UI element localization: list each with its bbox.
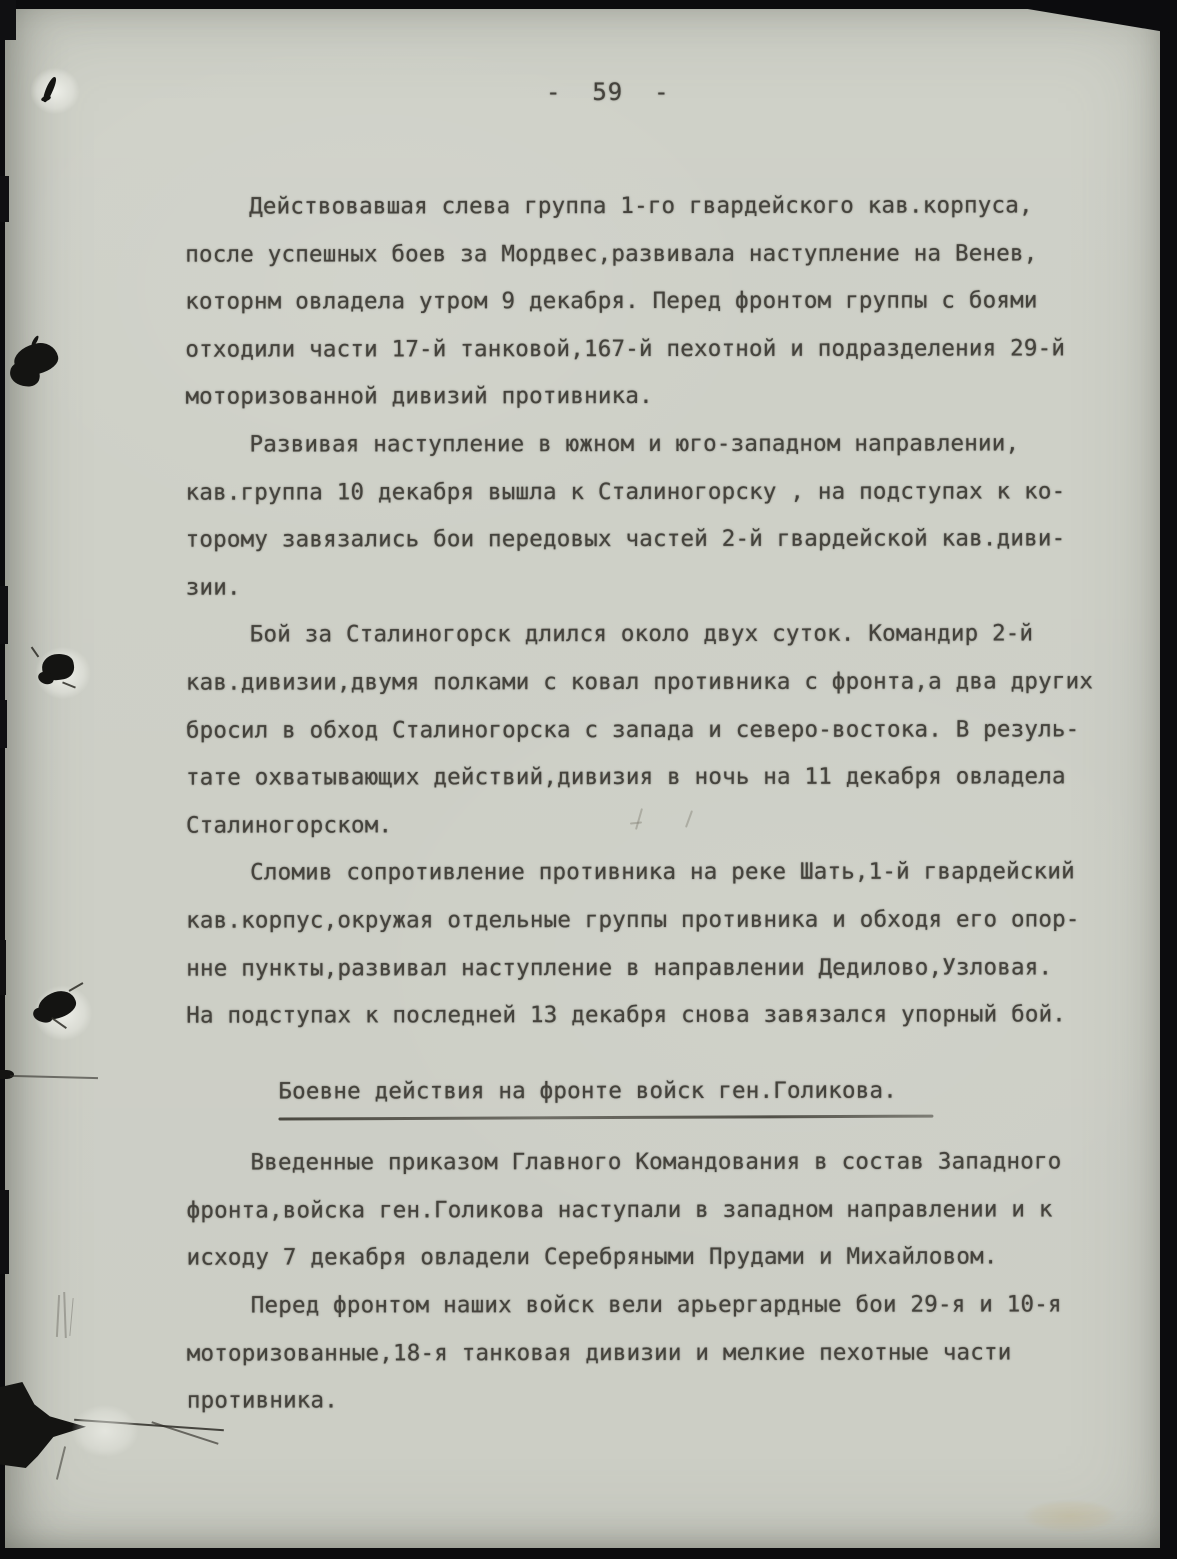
text-block: Действовавшая слева группа 1-го гвардейс… — [185, 182, 1107, 1425]
text-line: На подступах к последней 13 декабря снов… — [186, 991, 1106, 1040]
text-line: нне пункты,развивал наступление в направ… — [186, 944, 1106, 993]
text-line: моторизованные,18-я танковая дивизии и м… — [187, 1329, 1107, 1378]
text-line: кав.корпус,окружая отдельные группы прот… — [186, 896, 1106, 945]
text-line: Сталиногорском. — [186, 801, 1106, 850]
text-line: зии. — [186, 563, 1106, 612]
text-line: тате охватывающих действий,дивизия в ноч… — [186, 753, 1106, 802]
scan-edge-fragment — [0, 0, 16, 40]
paper-stain — [1010, 1495, 1130, 1537]
scan-edge-fragment — [0, 1190, 9, 1274]
text-line: фронта,войска ген.Голикова наступали в з… — [187, 1186, 1107, 1235]
text-line: Введенные приказом Главного Командования… — [186, 1139, 1106, 1188]
text-line: Действовавшая слева группа 1-го гвардейс… — [185, 182, 1105, 231]
page-number: - 59 - — [546, 78, 670, 106]
scan-edge-fragment — [0, 940, 6, 995]
text-line: кав.дивизии,двумя полками с ковал против… — [186, 658, 1106, 707]
text-line: бросил в обход Сталиногорска с запада и … — [186, 706, 1106, 755]
text-line: исходу 7 декабря овладели Серебряными Пр… — [187, 1234, 1107, 1283]
text-line: после успешных боев за Мордвес,развивала… — [185, 230, 1105, 279]
text-line: отходили части 17-й танковой,167-й пехот… — [185, 325, 1105, 374]
text-line: противника. — [187, 1377, 1107, 1426]
text-line: Перед фронтом наших войск вели арьергард… — [187, 1281, 1107, 1330]
text-line: торому завязались бои передовых частей 2… — [186, 516, 1106, 565]
text-line: которнм овладела утром 9 декабря. Перед … — [185, 278, 1105, 327]
text-line: Бой за Сталиногорск длился около двух су… — [186, 611, 1106, 660]
text-line: моторизованной дивизий противника. — [185, 373, 1105, 422]
text-line: кав.группа 10 декабря вышла к Сталиногор… — [186, 468, 1106, 517]
heading-underline — [278, 1115, 933, 1121]
text-line: Развивая наступление в южном и юго-запад… — [185, 420, 1105, 469]
section-heading-block: Боевне действия на фронте войск ген.Голи… — [186, 1067, 1106, 1120]
text-line: Сломив сопротивление противника на реке … — [186, 849, 1106, 898]
scan-edge-fragment — [0, 176, 9, 222]
scan-edge-fragment — [0, 700, 7, 748]
section-heading: Боевне действия на фронте войск ген.Голи… — [278, 1067, 1106, 1116]
scan-edge-fragment — [0, 586, 8, 644]
